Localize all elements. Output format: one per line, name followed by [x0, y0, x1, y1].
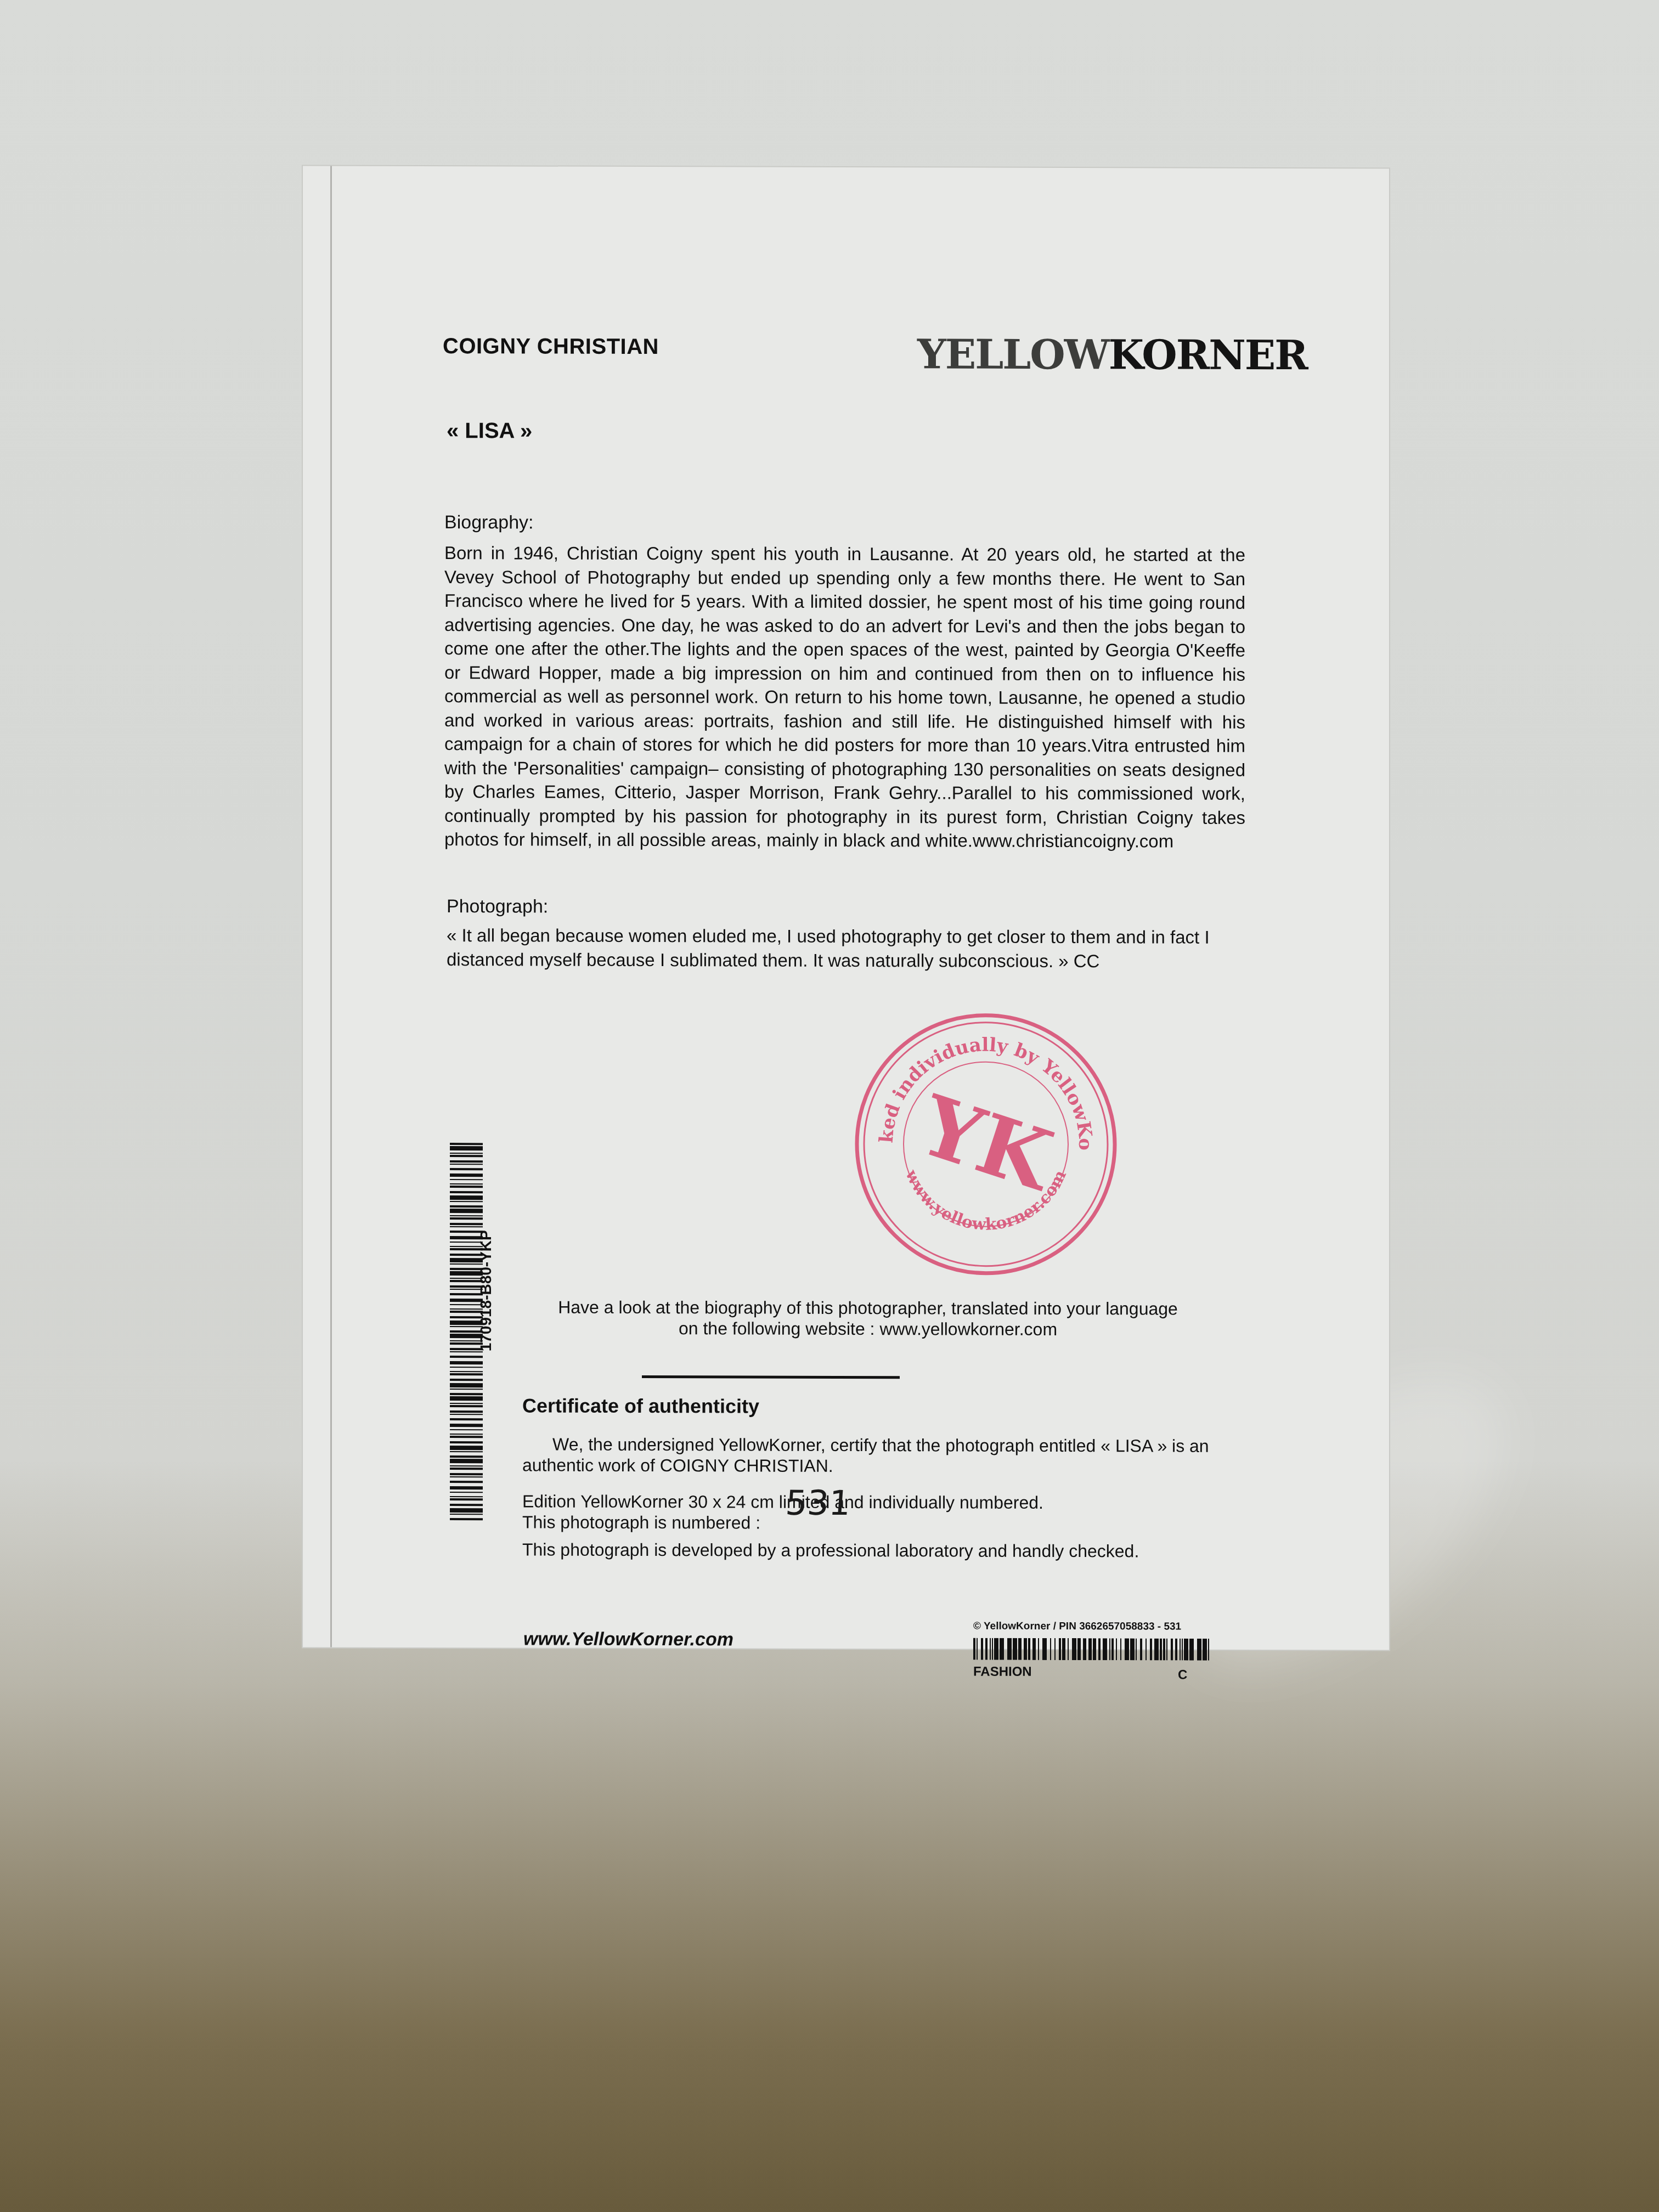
- website-text: www.YellowKorner.com: [523, 1628, 733, 1650]
- photo-title: « LISA »: [447, 419, 532, 443]
- pin-line: © YellowKorner / PIN 3662657058833 - 531: [973, 1621, 1181, 1633]
- developed-line: This photograph is developed by a profes…: [522, 1539, 1139, 1561]
- category-label: FASHION: [973, 1664, 1032, 1680]
- certificate-statement: We, the undersigned YellowKorner, certif…: [522, 1434, 1252, 1477]
- divider-rule: [642, 1375, 900, 1379]
- side-barcode-id: 170918-B80-YKP: [477, 1230, 495, 1351]
- pin-barcode: [973, 1638, 1209, 1661]
- numbered-label: This photograph is numbered :: [522, 1512, 760, 1533]
- certificate-sheet: COIGNY CHRISTIAN YELLOWKORNER « LISA » B…: [303, 166, 1389, 1650]
- handwritten-edition-number: 531: [784, 1483, 851, 1523]
- lookup-line-2: on the following website : www.yellowkor…: [539, 1318, 1197, 1340]
- lookup-line-1: Have a look at the biography of this pho…: [539, 1297, 1197, 1319]
- biography-text: Born in 1946, Christian Coigny spent his…: [444, 541, 1245, 853]
- photograph-heading: Photograph:: [447, 896, 548, 917]
- brand-logo: YELLOWKORNER: [917, 331, 1307, 379]
- edition-line: Edition YellowKorner 30 x 24 cm limited …: [522, 1491, 1043, 1513]
- brand-logo-yellow: YELLOW: [917, 331, 1109, 379]
- photograph-quote: « It all began because women eluded me, …: [447, 923, 1248, 973]
- certificate-statement-text: We, the undersigned YellowKorner, certif…: [522, 1435, 1209, 1476]
- biography-lookup-note: Have a look at the biography of this pho…: [539, 1297, 1197, 1340]
- certificate-heading: Certificate of authenticity: [522, 1394, 759, 1418]
- grade-label: C: [1178, 1668, 1187, 1683]
- photographer-name: COIGNY CHRISTIAN: [443, 334, 659, 359]
- checked-stamp-icon: Checked individually by YellowKorner www…: [843, 1001, 1128, 1287]
- biography-heading: Biography:: [444, 512, 534, 533]
- brand-logo-korner: KORNER: [1109, 331, 1307, 379]
